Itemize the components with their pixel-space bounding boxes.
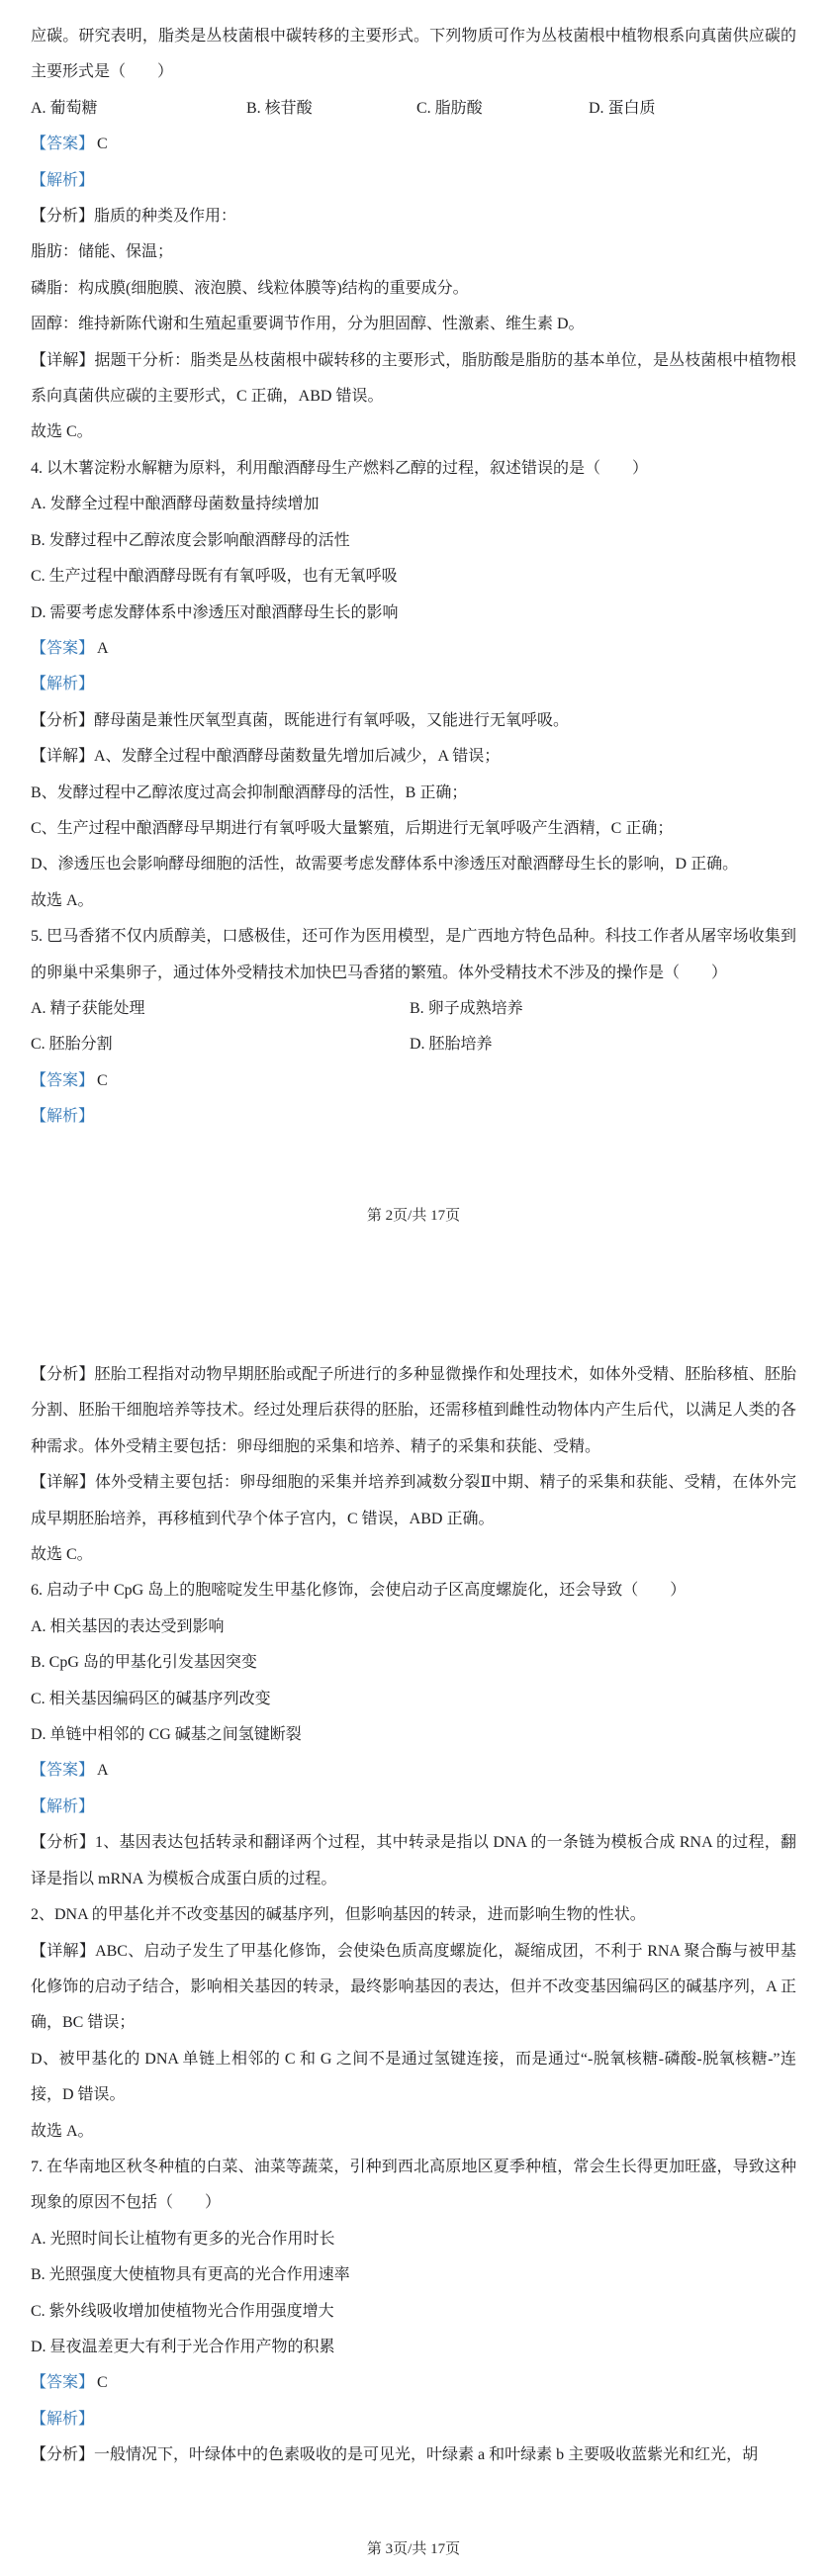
- option-line: C. 生产过程中酿酒酵母既有有氧呼吸，也有无氧呼吸: [31, 559, 796, 595]
- option-line: A. 光照时间长让植物有更多的光合作用时长: [31, 2222, 796, 2257]
- explanation-label: 【解析】: [31, 1099, 796, 1135]
- options-row: C. 胚胎分割D. 胚胎培养: [31, 1027, 796, 1062]
- analysis-paragraph: 【分析】一般情况下，叶绿体中的色素吸收的是可见光，叶绿素 a 和叶绿素 b 主要…: [31, 2438, 796, 2473]
- explanation-label: 【解析】: [31, 163, 796, 199]
- answer-value: A: [97, 640, 109, 657]
- option-item: C. 脂肪酸: [416, 91, 589, 127]
- question-stem: 7. 在华南地区秋冬种植的白菜、油菜等蔬菜，引种到西北高原地区夏季种植，常会生长…: [31, 2150, 796, 2222]
- option-line: A. 相关基因的表达受到影响: [31, 1610, 796, 1645]
- answer-label: 【答案】: [31, 640, 94, 657]
- detail-paragraph: 【详解】A、发酵全过程中酿酒酵母菌数量先增加后减少，A 错误；: [31, 739, 796, 775]
- analysis-paragraph: 【分析】酵母菌是兼性厌氧型真菌，既能进行有氧呼吸，又能进行无氧呼吸。: [31, 703, 796, 739]
- page-footer: 第 2页/共 17页: [0, 1204, 827, 1228]
- option-line: A. 发酵全过程中酿酒酵母菌数量持续增加: [31, 487, 796, 522]
- detail-paragraph: 【详解】体外受精主要包括：卵母细胞的采集并培养到减数分裂Ⅱ中期、精子的采集和获能…: [31, 1465, 796, 1537]
- analysis-paragraph: 脂肪：储能、保温；: [31, 234, 796, 270]
- explanation-label: 【解析】: [31, 667, 796, 702]
- answer-line: 【答案】C: [31, 1063, 796, 1099]
- analysis-paragraph: 固醇：维持新陈代谢和生殖起重要调节作用，分为胆固醇、性激素、维生素 D。: [31, 307, 796, 342]
- option-line: B. 光照强度大使植物具有更高的光合作用速率: [31, 2257, 796, 2293]
- option-line: C. 紫外线吸收增加使植物光合作用强度增大: [31, 2294, 796, 2330]
- answer-label: 【答案】: [31, 136, 94, 152]
- answer-value: A: [97, 1762, 109, 1779]
- analysis-paragraph: 磷脂：构成膜(细胞膜、液泡膜、线粒体膜等)结构的重要成分。: [31, 271, 796, 307]
- option-item: A. 葡萄糖: [31, 91, 246, 127]
- analysis-paragraph: 2、DNA 的甲基化并不改变基因的碱基序列，但影响基因的转录，进而影响生物的性状…: [31, 1897, 796, 1933]
- answer-label: 【答案】: [31, 2374, 94, 2391]
- question-stem: 6. 启动子中 CpG 岛上的胞嘧啶发生甲基化修饰，会使启动子区高度螺旋化，还会…: [31, 1573, 796, 1609]
- detail-paragraph: C、生产过程中酿酒酵母早期进行有氧呼吸大量繁殖，后期进行无氧呼吸产生酒精，C 正…: [31, 811, 796, 847]
- answer-value: C: [97, 2374, 108, 2391]
- detail-paragraph: B、发酵过程中乙醇浓度过高会抑制酿酒酵母的活性，B 正确；: [31, 776, 796, 811]
- explanation-label: 【解析】: [31, 2402, 796, 2438]
- option-line: C. 相关基因编码区的碱基序列改变: [31, 1682, 796, 1717]
- exam-document: 应碳。研究表明，脂类是丛枝菌根中碳转移的主要形式。下列物质可作为丛枝菌根中植物根…: [0, 0, 827, 2576]
- document-page-page-2: 应碳。研究表明，脂类是丛枝菌根中碳转移的主要形式。下列物质可作为丛枝菌根中植物根…: [31, 19, 796, 1136]
- conclusion-paragraph: 故选 A。: [31, 883, 796, 919]
- document-page-page-3: 【分析】胚胎工程指对动物早期胚胎或配子所进行的多种显微操作和处理技术，如体外受精…: [31, 1357, 796, 2474]
- detail-paragraph: 【详解】据题干分析：脂类是丛枝菌根中碳转移的主要形式，脂肪酸是脂肪的基本单位，是…: [31, 343, 796, 415]
- detail-paragraph: D、被甲基化的 DNA 单链上相邻的 C 和 G 之间不是通过氢键连接，而是通过…: [31, 2042, 796, 2114]
- option-item: C. 胚胎分割: [31, 1027, 410, 1062]
- question-stem-continued: 应碳。研究表明，脂类是丛枝菌根中碳转移的主要形式。下列物质可作为丛枝菌根中植物根…: [31, 19, 796, 91]
- detail-paragraph: 【详解】ABC、启动子发生了甲基化修饰，会使染色质高度螺旋化，凝缩成团，不利于 …: [31, 1934, 796, 2042]
- answer-label: 【答案】: [31, 1072, 94, 1089]
- option-line: B. CpG 岛的甲基化引发基因突变: [31, 1645, 796, 1681]
- answer-value: C: [97, 1072, 108, 1089]
- answer-line: 【答案】C: [31, 127, 796, 162]
- option-item: B. 卵子成熟培养: [410, 991, 796, 1027]
- options-row: A. 精子获能处理B. 卵子成熟培养: [31, 991, 796, 1027]
- question-stem: 4. 以木薯淀粉水解糖为原料，利用酿酒酵母生产燃料乙醇的过程，叙述错误的是（ ）: [31, 451, 796, 487]
- question-stem: 5. 巴马香猪不仅内质醇美，口感极佳，还可作为医用模型，是广西地方特色品种。科技…: [31, 919, 796, 991]
- page-footer: 第 3页/共 17页: [0, 2537, 827, 2561]
- analysis-paragraph: 【分析】脂质的种类及作用：: [31, 199, 796, 234]
- option-item: D. 蛋白质: [589, 91, 796, 127]
- options-row: A. 葡萄糖B. 核苷酸C. 脂肪酸D. 蛋白质: [31, 91, 796, 127]
- conclusion-paragraph: 故选 C。: [31, 414, 796, 450]
- option-item: A. 精子获能处理: [31, 991, 410, 1027]
- option-line: D. 需要考虑发酵体系中渗透压对酿酒酵母生长的影响: [31, 596, 796, 631]
- option-item: B. 核苷酸: [246, 91, 416, 127]
- analysis-paragraph: 【分析】1、基因表达包括转录和翻译两个过程，其中转录是指以 DNA 的一条链为模…: [31, 1825, 796, 1897]
- detail-paragraph: D、渗透压也会影响酵母细胞的活性，故需要考虑发酵体系中渗透压对酿酒酵母生长的影响…: [31, 847, 796, 882]
- option-line: B. 发酵过程中乙醇浓度会影响酿酒酵母的活性: [31, 523, 796, 559]
- option-line: D. 单链中相邻的 CG 碱基之间氢键断裂: [31, 1717, 796, 1753]
- conclusion-paragraph: 故选 A。: [31, 2114, 796, 2150]
- answer-line: 【答案】C: [31, 2365, 796, 2401]
- answer-label: 【答案】: [31, 1762, 94, 1779]
- analysis-paragraph: 【分析】胚胎工程指对动物早期胚胎或配子所进行的多种显微操作和处理技术，如体外受精…: [31, 1357, 796, 1465]
- option-line: D. 昼夜温差更大有利于光合作用产物的积累: [31, 2330, 796, 2365]
- conclusion-paragraph: 故选 C。: [31, 1537, 796, 1573]
- option-item: D. 胚胎培养: [410, 1027, 796, 1062]
- answer-value: C: [97, 136, 108, 152]
- explanation-label: 【解析】: [31, 1790, 796, 1825]
- answer-line: 【答案】A: [31, 631, 796, 667]
- answer-line: 【答案】A: [31, 1753, 796, 1789]
